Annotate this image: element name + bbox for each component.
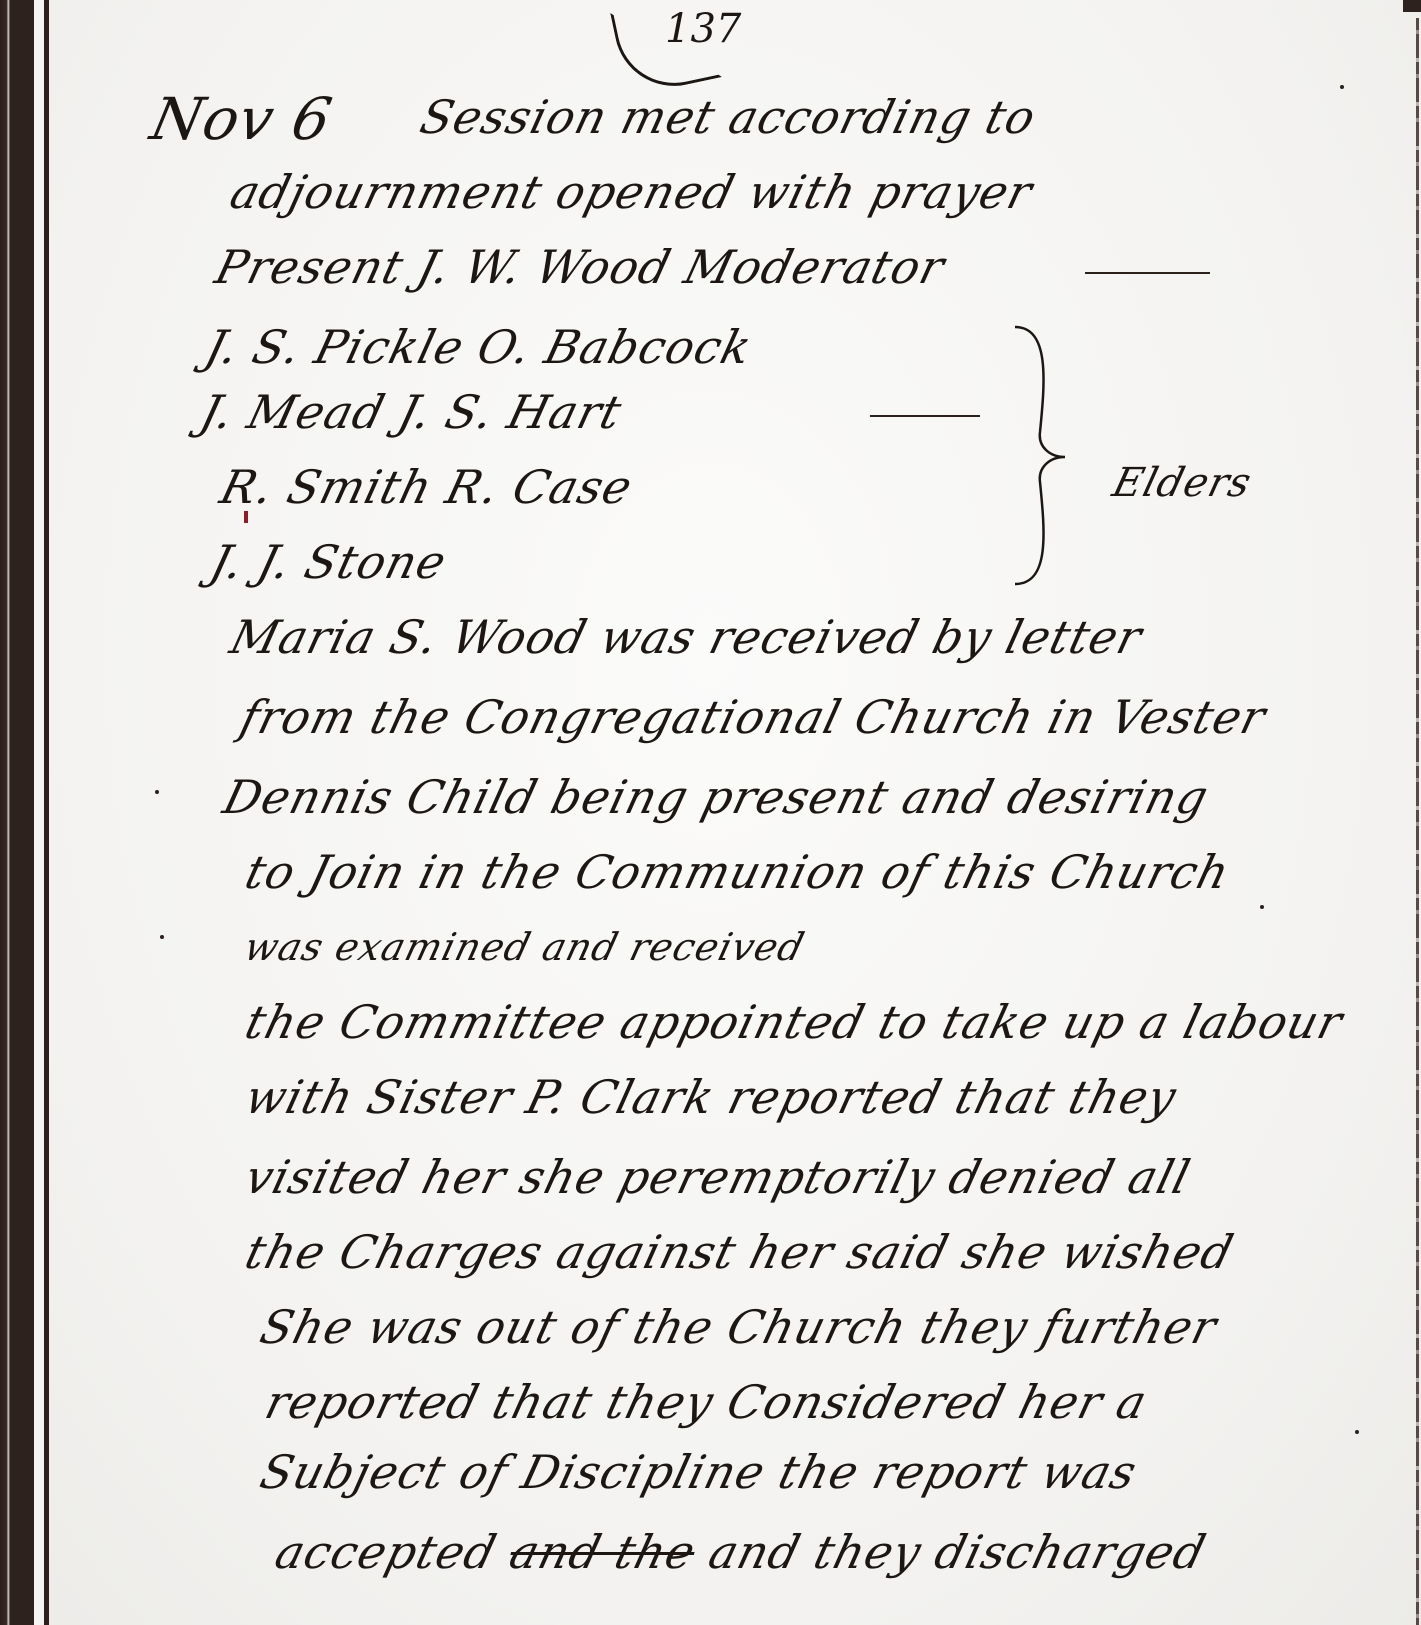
body-line: the Charges against her said she wished [240, 1225, 1239, 1279]
body-line: was examined and received [240, 925, 809, 969]
ink-speck [155, 790, 159, 794]
body-line: the Committee appointed to take up a lab… [240, 995, 1348, 1049]
body-line: to Join in the Communion of this Church [240, 845, 1236, 899]
elder-row: R. Smith R. Case [215, 460, 638, 514]
body-line: Subject of Discipline the report was [255, 1445, 1143, 1499]
red-ink-mark [244, 511, 248, 523]
book-binding [0, 0, 34, 1625]
elder-row: J. Mead J. S. Hart [195, 385, 628, 439]
ink-speck [1340, 85, 1344, 89]
elder-row: J. S. Pickle O. Babcock [200, 320, 758, 374]
page-number: 137 [665, 6, 741, 52]
last-line-after: and they discharged [703, 1525, 1211, 1579]
ink-speck [160, 935, 164, 939]
opening-line: Session met according to [415, 90, 1042, 144]
binding-gap [34, 0, 44, 1625]
elder-row: J. J. Stone [205, 535, 452, 589]
body-line: reported that they Considered her a [260, 1375, 1153, 1429]
line-filler [1085, 272, 1210, 274]
line-filler [870, 415, 980, 417]
page-corner [1403, 0, 1421, 12]
last-line-before: accepted [270, 1525, 502, 1579]
ink-speck [1355, 1430, 1359, 1434]
body-line: Maria S. Wood was received by letter [225, 610, 1148, 664]
struck-text: and the [504, 1525, 701, 1579]
elders-brace-icon [1010, 322, 1070, 590]
binding-rule [44, 0, 49, 1625]
body-last-line: accepted and the and they discharged [270, 1525, 1212, 1579]
opening-line-2: adjournment opened with prayer [225, 165, 1038, 219]
present-line: Present J. W. Wood Moderator [210, 240, 950, 294]
body-line: Dennis Child being present and desiring [218, 770, 1214, 824]
body-line: with Sister P. Clark reported that they [240, 1070, 1182, 1124]
body-line: from the Congregational Church in Vester [235, 690, 1272, 744]
elders-label: Elders [1108, 460, 1256, 506]
manuscript-page: 137 Nov 6 Session met according to adjou… [0, 0, 1421, 1625]
ink-speck [1260, 905, 1264, 909]
margin-date-note: Nov 6 [145, 85, 338, 153]
body-line: She was out of the Church they further [255, 1300, 1223, 1354]
page-right-edge [1416, 18, 1419, 1625]
body-line: visited her she peremptorily denied all [240, 1150, 1196, 1204]
